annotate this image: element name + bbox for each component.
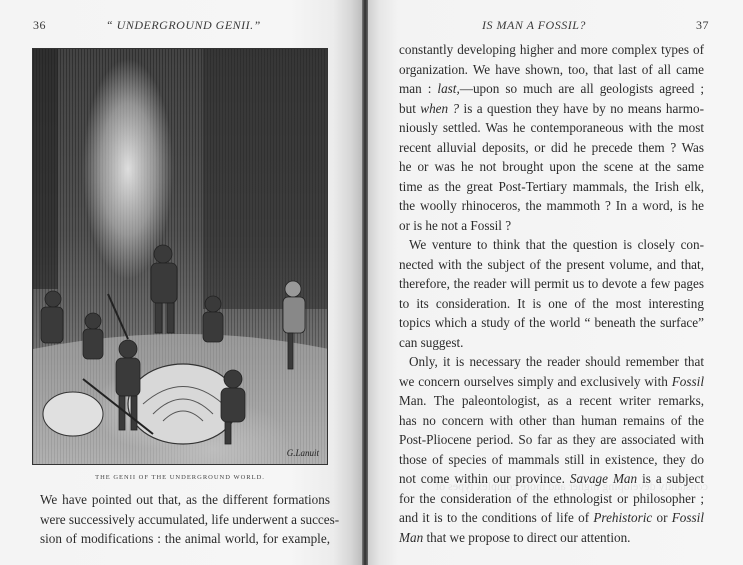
text-line: but when ? is a question they have by no… — [399, 99, 704, 119]
text-line: time as the great Post-Tertiary mammals,… — [399, 177, 704, 197]
right-page: IS MAN A FOSSIL? 37 constantly developin… — [368, 0, 743, 565]
text-line: therefore, the reader will permit us to … — [399, 274, 704, 294]
text-line: for the consideration of the ethnologist… — [399, 489, 704, 509]
left-page: 36 “ UNDERGROUND GENII.” — [0, 0, 362, 565]
page-number-left: 36 — [33, 18, 46, 33]
text-line: and it is to the conditions of life of P… — [399, 508, 704, 528]
text-line: We have pointed out that, as the differe… — [40, 490, 330, 510]
text-line: those of species of mammals still in exi… — [399, 450, 704, 470]
left-body-text: We have pointed out that, as the differe… — [40, 490, 330, 549]
text-line: recent alluvial deposits, or did he prec… — [399, 138, 704, 158]
text-line: niously settled. Was he contemporaneous … — [399, 118, 704, 138]
text-line: constantly developing higher and more co… — [399, 40, 704, 60]
text-line: were successively accumulated, life unde… — [40, 510, 330, 530]
text-line: nected with the subject of the present v… — [399, 255, 704, 275]
text-line: Only, it is necessary the reader should … — [399, 352, 704, 372]
illustration-caption: THE GENII OF THE UNDERGROUND WORLD. — [32, 474, 328, 481]
text-line: has no concern with other than human rem… — [399, 411, 704, 431]
text-line: not come within our province. Savage Man… — [399, 469, 704, 489]
running-head-right: IS MAN A FOSSIL? — [482, 18, 586, 33]
text-line: Man that we propose to direct our attent… — [399, 528, 704, 548]
engraving-illustration: G.Lanuit — [32, 48, 328, 465]
text-line: we concern ourselves simply and exclusiv… — [399, 372, 704, 392]
text-line: can suggest. — [399, 333, 704, 353]
text-line: organization. We have shown, too, that l… — [399, 60, 704, 80]
artist-signature: G.Lanuit — [287, 448, 319, 458]
text-line: to its consideration. It is one of the m… — [399, 294, 704, 314]
text-line: the woolly rhinoceros, the mammoth ? In … — [399, 196, 704, 216]
text-line: Post-Pliocene period. So far as they are… — [399, 430, 704, 450]
text-line: We venture to think that the question is… — [399, 235, 704, 255]
text-line: topics which a study of the world “ bene… — [399, 313, 704, 333]
running-head-left: “ UNDERGROUND GENII.” — [106, 18, 261, 33]
right-body-text: constantly developing higher and more co… — [399, 40, 704, 547]
text-line: he or was he not brought upon the scene … — [399, 157, 704, 177]
text-line: Man. The paleontologist, as a recent wri… — [399, 391, 704, 411]
text-line: man : last,—upon so much are all geologi… — [399, 79, 704, 99]
text-line: sion of modifications : the animal world… — [40, 529, 330, 549]
text-line: or is he not a Fossil ? — [399, 216, 704, 236]
gnomes-ammonite-icon — [33, 49, 328, 465]
book-spread: 36 “ UNDERGROUND GENII.” — [0, 0, 743, 565]
page-number-right: 37 — [696, 18, 709, 33]
